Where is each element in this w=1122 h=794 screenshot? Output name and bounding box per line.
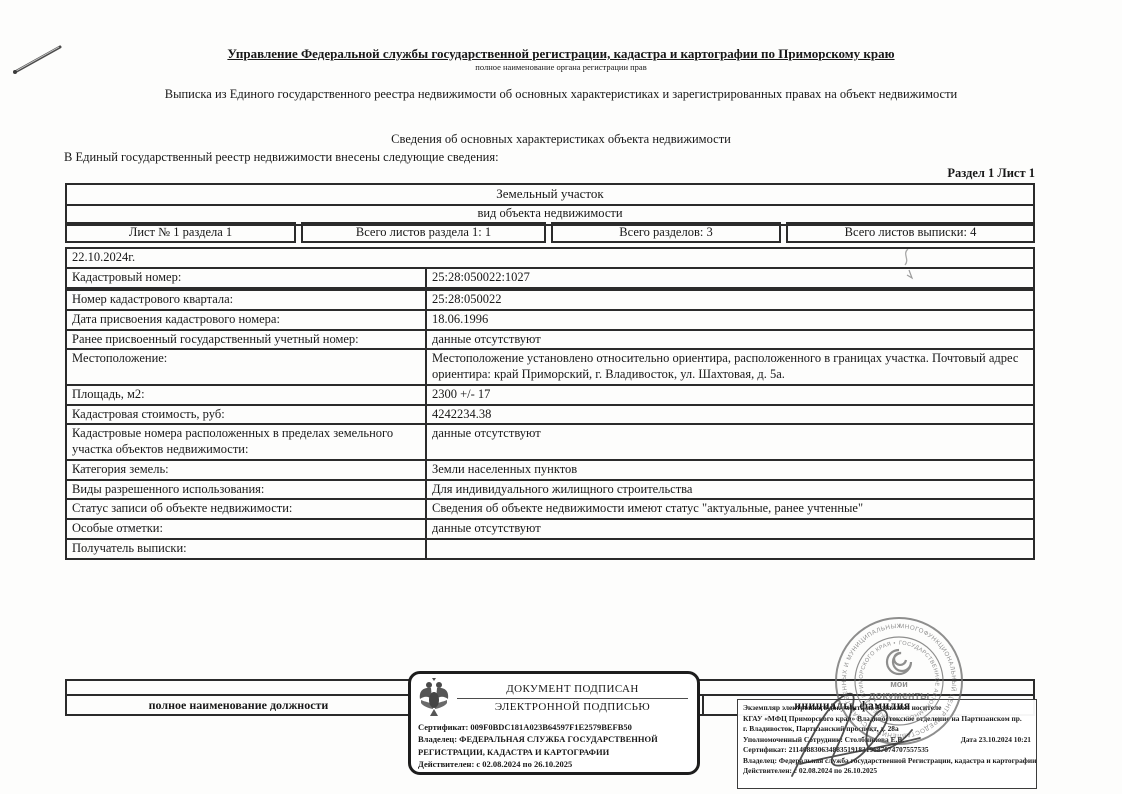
object-type: Земельный участок — [67, 185, 1033, 204]
row-value: данные отсутствуют — [427, 331, 1033, 349]
e-signature-stamp: ДОКУМЕНТ ПОДПИСАН ЭЛЕКТРОННОЙ ПОДПИСЬЮ С… — [408, 671, 700, 775]
table-row: Получатель выписки: — [67, 538, 1033, 558]
initials-label: инициалы, фамилия — [705, 700, 1000, 712]
eagle-emblem-icon — [418, 678, 450, 718]
row-label: Статус записи об объекте недвижимости: — [67, 500, 427, 518]
sheet-info-cell: Всего листов выписки: 4 — [786, 222, 1035, 243]
sheet-info-cell: Лист № 1 раздела 1 — [65, 222, 296, 243]
mfc-operator: Уполномоченный Сотрудник: Столбникова Е.… — [743, 735, 904, 746]
egrn-extract-page: Управление Федеральной службы государств… — [0, 0, 1122, 794]
owner-line-2: РЕГИСТРАЦИИ, КАДАСТРА И КАРТОГРАФИИ — [418, 746, 688, 758]
row-value: Сведения об объекте недвижимости имеют с… — [427, 500, 1033, 518]
cadastral-block: 22.10.2024г. Кадастровый номер: 25:28:05… — [65, 247, 1035, 289]
row-label: Местоположение: — [67, 350, 427, 384]
row-label: Кадастровые номера расположенных в преде… — [67, 425, 427, 459]
row-label: Ранее присвоенный государственный учетны… — [67, 331, 427, 349]
row-value: Для индивидуального жилищного строительс… — [427, 481, 1033, 499]
row-label: Особые отметки: — [67, 520, 427, 538]
row-value: 18.06.1996 — [427, 311, 1033, 329]
signature-title-line2: ЭЛЕКТРОННОЙ ПОДПИСЬЮ — [457, 701, 688, 713]
row-label: Дата присвоения кадастрового номера: — [67, 311, 427, 329]
owner-line-1: Владелец: ФЕДЕРАЛЬНАЯ СЛУЖБА ГОСУДАРСТВЕ… — [418, 733, 688, 745]
row-value: 25:28:050022 — [427, 291, 1033, 309]
document-title: Выписка из Единого государственного реес… — [0, 87, 1122, 102]
mfc-line-3: г. Владивосток, Партизанский проспект, д… — [743, 724, 1031, 735]
table-row: Номер кадастрового квартала: 25:28:05002… — [67, 291, 1033, 309]
row-value: данные отсутствуют — [427, 425, 1033, 459]
table-row: Особые отметки: данные отсутствуют — [67, 518, 1033, 538]
row-label: Кадастровая стоимость, руб: — [67, 406, 427, 424]
table-row: Кадастровые номера расположенных в преде… — [67, 423, 1033, 459]
table-row: Местоположение: Местоположение установле… — [67, 348, 1033, 384]
sheet-info-row: Лист № 1 раздела 1 Всего листов раздела … — [65, 222, 1035, 243]
table-row: Статус записи об объекте недвижимости: С… — [67, 498, 1033, 518]
table-row: Дата присвоения кадастрового номера: 18.… — [67, 309, 1033, 329]
mfc-line-2: КГАУ «МФЦ Приморского края» Владивостокс… — [743, 714, 1031, 725]
row-label: Номер кадастрового квартала: — [67, 291, 427, 309]
table-row: Площадь, м2: 2300 +/- 17 — [67, 384, 1033, 404]
property-table: Номер кадастрового квартала: 25:28:05002… — [65, 289, 1035, 560]
table-row: Виды разрешенного использования: Для инд… — [67, 479, 1033, 499]
table-row: Кадастровая стоимость, руб: 4242234.38 — [67, 404, 1033, 424]
table-row: Категория земель: Земли населенных пункт… — [67, 459, 1033, 479]
table-row: Ранее присвоенный государственный учетны… — [67, 329, 1033, 349]
sheet-info-cell: Всего листов раздела 1: 1 — [301, 222, 546, 243]
row-value: данные отсутствуют — [427, 520, 1033, 538]
mfc-validity: Действителен: с 02.08.2024 по 26.10.2025 — [743, 766, 1031, 777]
cadastral-number-label: Кадастровый номер: — [67, 269, 427, 287]
cadastral-number-value: 25:28:050022:1027 — [427, 269, 1033, 287]
certificate-line: Сертификат: 009F0BDC181A023B64597F1E2579… — [418, 721, 688, 733]
sheet-info-cell: Всего разделов: 3 — [551, 222, 781, 243]
row-value: Земли населенных пунктов — [427, 461, 1033, 479]
row-label: Виды разрешенного использования: — [67, 481, 427, 499]
mfc-owner: Владелец: Федеральная служба государстве… — [743, 756, 1031, 767]
object-type-table: Земельный участок вид объекта недвижимос… — [65, 183, 1035, 226]
header-authority: Управление Федеральной службы государств… — [0, 46, 1122, 62]
section-sheet-label: Раздел 1 Лист 1 — [947, 166, 1035, 181]
row-value: 2300 +/- 17 — [427, 386, 1033, 404]
mfc-date: Дата 23.10.2024 10:21 — [961, 735, 1031, 746]
validity-line: Действителен: с 02.08.2024 по 26.10.2025 — [418, 758, 688, 770]
row-value: 4242234.38 — [427, 406, 1033, 424]
position-label: полное наименование должности — [67, 696, 410, 716]
mfc-certificate: Сертификат: 2114088306348835191831968707… — [743, 745, 1031, 756]
row-value: Местоположение установлено относительно … — [427, 350, 1033, 384]
signature-title-line1: ДОКУМЕНТ ПОДПИСАН — [457, 683, 688, 699]
section-title: Сведения об основных характеристиках объ… — [0, 132, 1122, 147]
intro-line: В Единый государственный реестр недвижим… — [64, 150, 499, 165]
row-label: Получатель выписки: — [67, 540, 427, 558]
row-value — [427, 540, 1033, 558]
row-label: Категория земель: — [67, 461, 427, 479]
mfc-stamp-box: Экземпляр электронного документа на бума… — [737, 699, 1037, 789]
header-authority-caption: полное наименование органа регистрации п… — [0, 62, 1122, 72]
row-label: Площадь, м2: — [67, 386, 427, 404]
extract-date: 22.10.2024г. — [67, 249, 1033, 267]
